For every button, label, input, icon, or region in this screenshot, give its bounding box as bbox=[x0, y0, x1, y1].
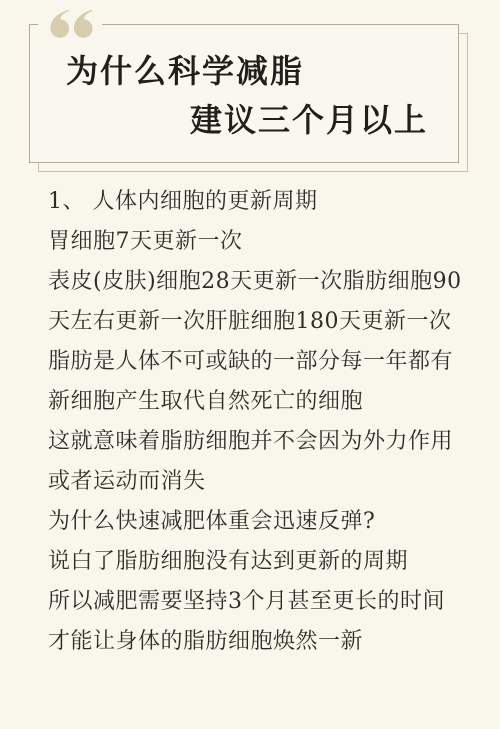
text-line: 新细胞产生取代自然死亡的细胞 bbox=[48, 382, 500, 422]
text-line: 或者运动而消失 bbox=[48, 462, 500, 502]
title-line-1: 为什么科学减脂 bbox=[66, 54, 428, 89]
double-quote-icon bbox=[38, 7, 102, 39]
text-line: 表皮(皮肤)细胞28天更新一次脂肪细胞90 bbox=[48, 262, 500, 302]
text-line: 天左右更新一次肝脏细胞180天更新一次 bbox=[48, 302, 500, 342]
text-line: 脂肪是人体不可或缺的一部分每一年都有 bbox=[48, 342, 500, 382]
text-line: 说白了脂肪细胞没有达到更新的周期 bbox=[48, 542, 500, 582]
text-line: 这就意味着脂肪细胞并不会因为外力作用 bbox=[48, 422, 500, 462]
body-text: 1、 人体内细胞的更新周期 胃细胞7天更新一次 表皮(皮肤)细胞28天更新一次脂… bbox=[48, 182, 500, 662]
text-line: 1、 人体内细胞的更新周期 bbox=[48, 182, 500, 222]
text-line: 为什么快速减肥体重会迅速反弹? bbox=[48, 502, 500, 542]
title-line-2: 建议三个月以上 bbox=[66, 103, 428, 138]
fat-loss-tip-card: { "page": { "background_color": "#f9f7ec… bbox=[0, 0, 500, 729]
quote-card: 为什么科学减脂 建议三个月以上 bbox=[29, 24, 459, 163]
text-line: 所以减肥需要坚持3个月甚至更长的时间 bbox=[48, 582, 500, 622]
text-line: 才能让身体的脂肪细胞焕然一新 bbox=[48, 622, 500, 662]
text-line: 胃细胞7天更新一次 bbox=[48, 222, 500, 262]
